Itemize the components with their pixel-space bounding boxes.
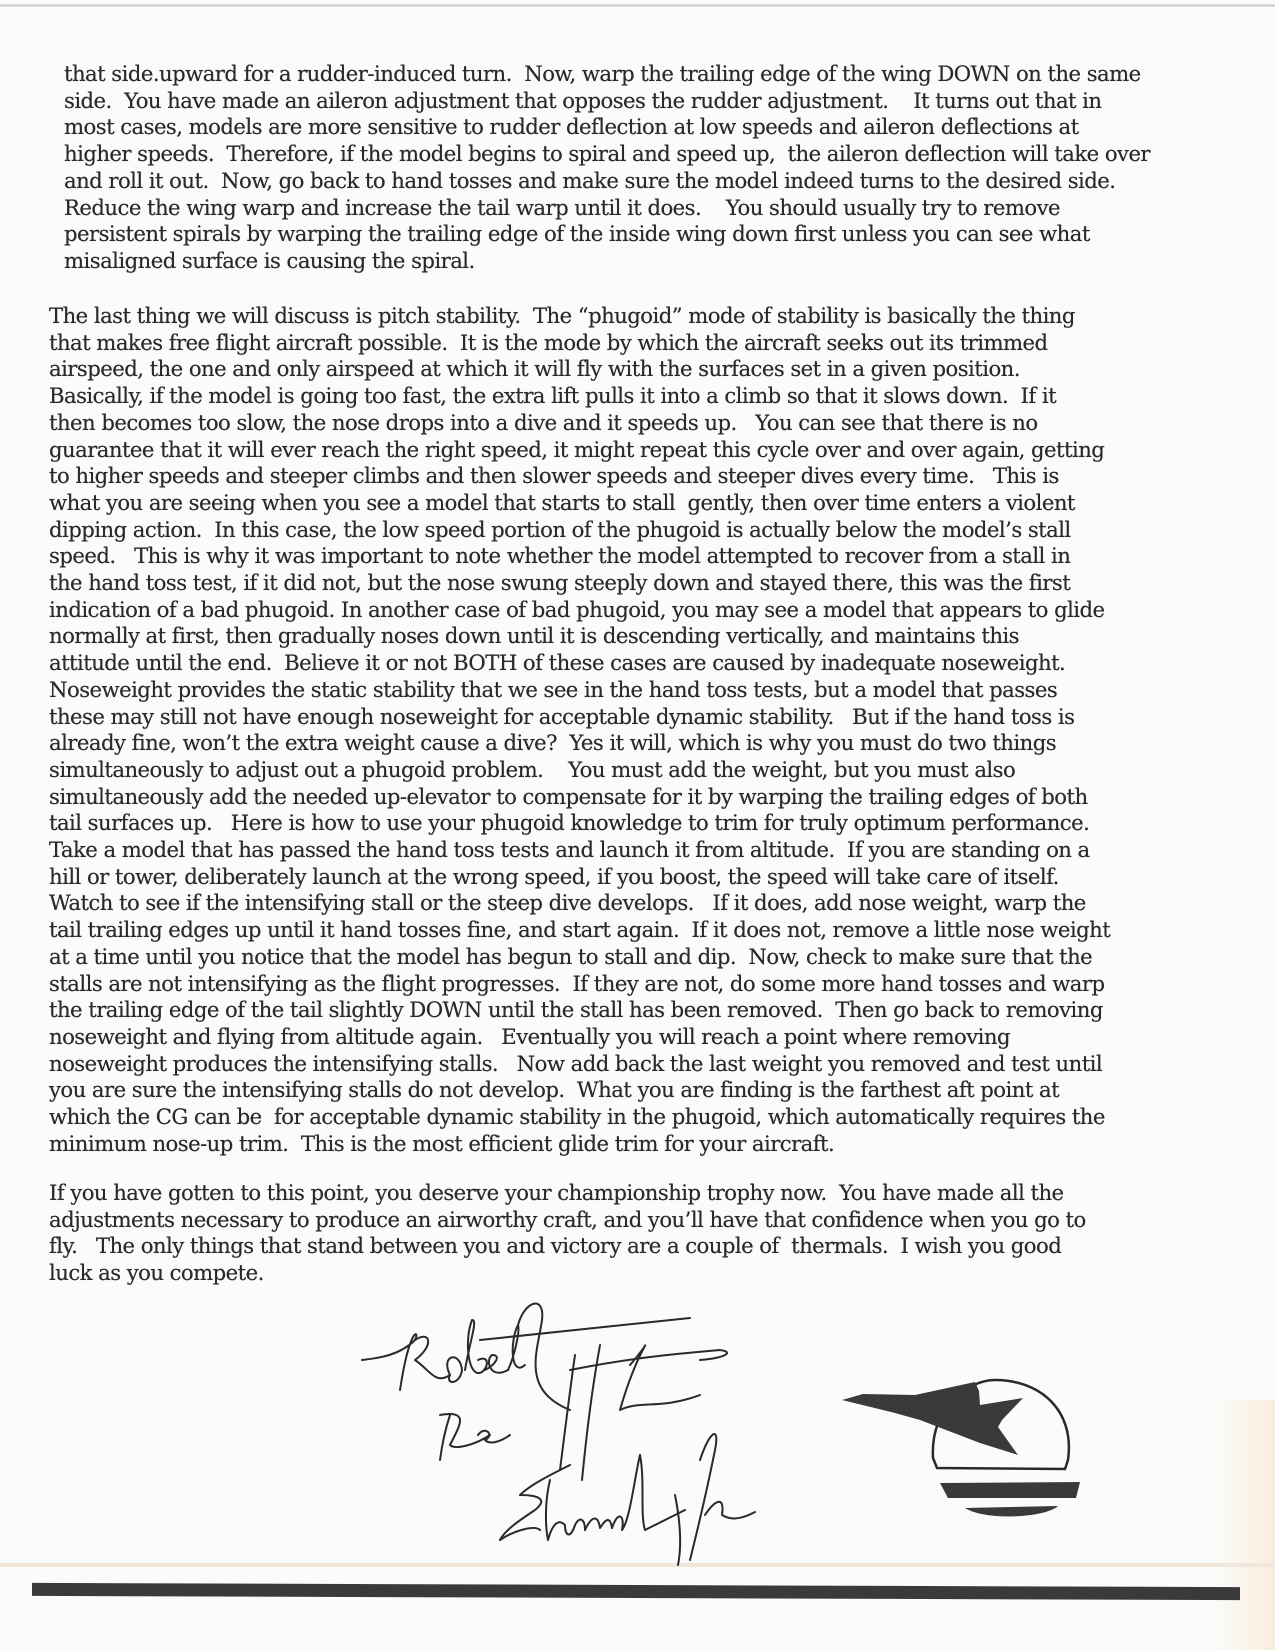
text-line: dipping action. In this case, the low sp… bbox=[49, 517, 1234, 544]
page-top-edge bbox=[0, 4, 1275, 7]
text-line: speed. This is why it was important to n… bbox=[49, 543, 1234, 570]
text-line: what you are seeing when you see a model… bbox=[49, 490, 1234, 517]
text-line: luck as you compete. bbox=[49, 1260, 1234, 1287]
text-line: minimum nose-up trim. This is the most e… bbox=[49, 1131, 1234, 1158]
text-line: persistent spirals by warping the traili… bbox=[64, 221, 1249, 248]
text-line: stalls are not intensifying as the fligh… bbox=[49, 971, 1234, 998]
text-line: you are sure the intensifying stalls do … bbox=[49, 1077, 1234, 1104]
text-line: and roll it out. Now, go back to hand to… bbox=[64, 168, 1249, 195]
text-line: at a time until you notice that the mode… bbox=[49, 944, 1234, 971]
text-line: these may still not have enough noseweig… bbox=[49, 704, 1234, 731]
text-line: Take a model that has passed the hand to… bbox=[49, 837, 1234, 864]
text-line: Noseweight provides the static stability… bbox=[49, 677, 1234, 704]
paper-discoloration bbox=[1215, 1400, 1275, 1650]
text-line: already fine, won’t the extra weight cau… bbox=[49, 730, 1234, 757]
text-line: guarantee that it will ever reach the ri… bbox=[49, 437, 1234, 464]
text-line: normally at first, then gradually noses … bbox=[49, 623, 1234, 650]
text-line: The last thing we will discuss is pitch … bbox=[49, 303, 1234, 330]
text-line: fly. The only things that stand between … bbox=[49, 1233, 1234, 1260]
text-line: noseweight produces the intensifying sta… bbox=[49, 1051, 1234, 1078]
text-line: then becomes too slow, the nose drops in… bbox=[49, 410, 1234, 437]
text-line: to higher speeds and steeper climbs and … bbox=[49, 463, 1234, 490]
paragraph-spiral-correction: that side.upward for a rudder-induced tu… bbox=[64, 61, 1249, 275]
text-line: that side.upward for a rudder-induced tu… bbox=[64, 61, 1249, 88]
glider-over-sunset-logo-icon bbox=[830, 1355, 1150, 1535]
text-line: tail trailing edges up until it hand tos… bbox=[49, 917, 1234, 944]
text-line: the hand toss test, if it did not, but t… bbox=[49, 570, 1234, 597]
text-line: simultaneously to adjust out a phugoid p… bbox=[49, 757, 1234, 784]
text-line: If you have gotten to this point, you de… bbox=[49, 1180, 1234, 1207]
text-line: attitude until the end. Believe it or no… bbox=[49, 650, 1234, 677]
text-line: tail surfaces up. Here is how to use you… bbox=[49, 810, 1234, 837]
text-line: adjustments necessary to produce an airw… bbox=[49, 1207, 1234, 1234]
text-line: indication of a bad phugoid. In another … bbox=[49, 597, 1234, 624]
paragraph-pitch-stability: The last thing we will discuss is pitch … bbox=[49, 303, 1234, 1158]
text-line: the trailing edge of the tail slightly D… bbox=[49, 997, 1234, 1024]
paragraph-closing: If you have gotten to this point, you de… bbox=[49, 1180, 1234, 1287]
text-line: Basically, if the model is going too fas… bbox=[49, 383, 1234, 410]
footer-rule bbox=[32, 1583, 1240, 1600]
text-line: hill or tower, deliberately launch at th… bbox=[49, 864, 1234, 891]
text-line: noseweight and flying from altitude agai… bbox=[49, 1024, 1234, 1051]
text-line: Reduce the wing warp and increase the ta… bbox=[64, 195, 1249, 222]
text-line: most cases, models are more sensitive to… bbox=[64, 114, 1249, 141]
text-line: that makes free flight aircraft possible… bbox=[49, 330, 1234, 357]
text-line: higher speeds. Therefore, if the model b… bbox=[64, 141, 1249, 168]
text-line: which the CG can be for acceptable dynam… bbox=[49, 1104, 1234, 1131]
logo bbox=[830, 1355, 1150, 1535]
text-line: Watch to see if the intensifying stall o… bbox=[49, 890, 1234, 917]
text-line: simultaneously add the needed up-elevato… bbox=[49, 784, 1234, 811]
text-line: misaligned surface is causing the spiral… bbox=[64, 248, 1249, 275]
text-line: airspeed, the one and only airspeed at w… bbox=[49, 356, 1234, 383]
text-line: side. You have made an aileron adjustmen… bbox=[64, 88, 1249, 115]
